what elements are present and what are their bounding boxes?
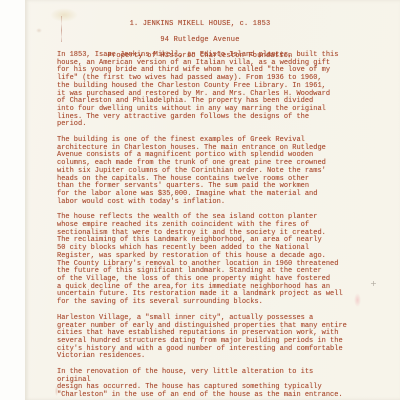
address-line: 94 Rutledge Avenue (25, 36, 375, 44)
scan-background: 1. JENKINS MIKELL HOUSE, c. 1853 94 Rutl… (0, 0, 400, 400)
pencil-mark-artifact (61, 16, 62, 42)
paragraph-architecture: The building is one of the finest exampl… (57, 137, 349, 206)
smudge-dot-artifact (36, 28, 42, 33)
paragraph-renovation: In the renovation of the house, very lit… (57, 369, 349, 400)
paragraph-history: In 1853, Isaac Jenkins Mikell, an Edisto… (57, 52, 349, 129)
document-page: 1. JENKINS MIKELL HOUSE, c. 1853 94 Rutl… (25, 0, 400, 400)
document-body: In 1853, Isaac Jenkins Mikell, an Edisto… (57, 52, 349, 400)
stamp-smudge-artifact (50, 8, 78, 22)
registration-plus-mark: + (369, 279, 378, 288)
pink-smudge-artifact (354, 293, 361, 307)
edge-smudge-artifact (55, 386, 58, 396)
paragraph-harleston-village: Harleston Village, a "small inner city",… (57, 315, 349, 361)
page-title: 1. JENKINS MIKELL HOUSE, c. 1853 (25, 20, 375, 28)
paragraph-significance: The house reflects the wealth of the sea… (57, 214, 349, 306)
